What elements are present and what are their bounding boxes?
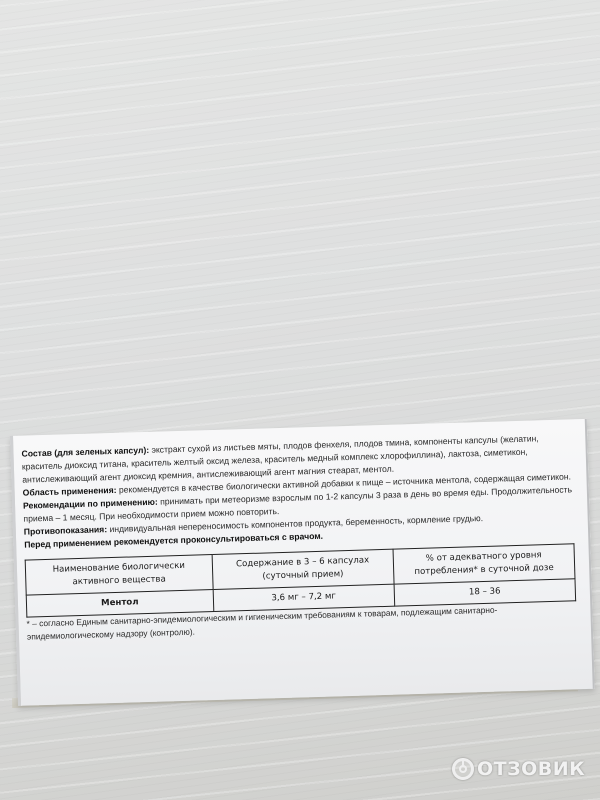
table-header: % от адекватного уровня потребления* в с…: [393, 544, 575, 584]
otzovik-watermark: ОТЗОВИК: [452, 758, 585, 780]
contraindications-heading: Противопоказания:: [24, 524, 108, 536]
label-text: Состав (для зеленых капсул): экстракт су…: [21, 431, 582, 643]
composition-heading: Состав (для зеленых капсул):: [21, 445, 149, 459]
table-header: Наименование биологически активного веще…: [25, 555, 213, 596]
area-of-use-heading: Область применения:: [23, 485, 117, 498]
otzovik-logo-icon: [452, 758, 474, 780]
supplement-box: Состав (для зеленых капсул): экстракт су…: [10, 419, 595, 706]
table-header: Содержание в 3 – 6 капсулах (суточный пр…: [212, 549, 394, 589]
watermark-text: ОТЗОВИК: [477, 758, 585, 780]
usage-heading: Рекомендации по применению:: [23, 497, 158, 511]
